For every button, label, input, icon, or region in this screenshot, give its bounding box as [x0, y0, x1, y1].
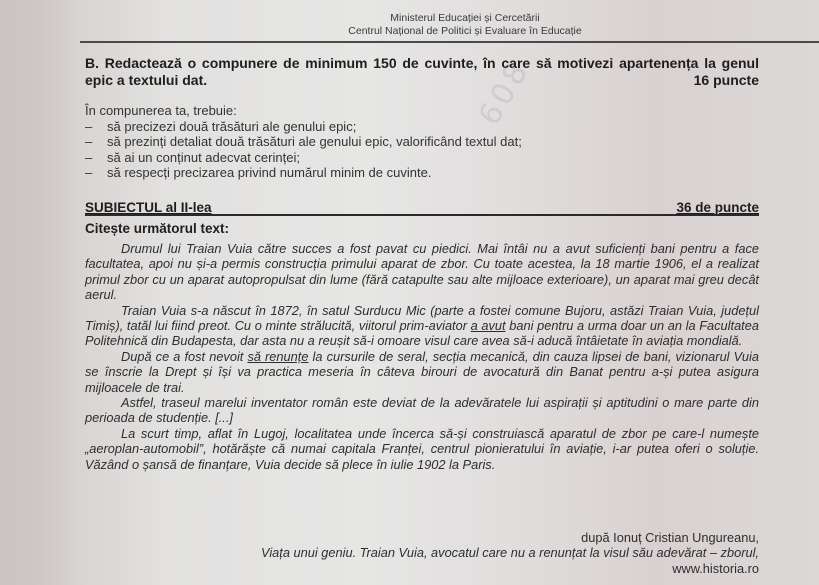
document-header: Ministerul Educației și Cercetării Centr… [80, 12, 819, 38]
paragraph-3: După ce a fost nevoit să renunțe la curs… [85, 349, 759, 395]
source-title: Viața unui geniu. Traian Vuia, avocatul … [139, 545, 759, 560]
paragraph-4: Astfel, traseul marelui inventator român… [85, 395, 759, 426]
center-name: Centrul Național de Politici și Evaluare… [80, 25, 819, 38]
instructions-intro: În compunerea ta, trebuie: [85, 103, 759, 119]
dash-icon: – [85, 150, 92, 166]
read-instruction: Citește următorul text: [85, 221, 229, 237]
ministry-name: Ministerul Educației și Cercetării [80, 12, 819, 25]
dash-icon: – [85, 119, 92, 135]
reading-text: Drumul lui Traian Vuia către succes a fo… [85, 241, 759, 472]
instructions: În compunerea ta, trebuie: –să precizezi… [85, 103, 759, 181]
paragraph-1: Drumul lui Traian Vuia către succes a fo… [85, 241, 759, 303]
source-citation: după Ionuț Cristian Ungureanu, Viața unu… [139, 530, 759, 576]
section-b-points: 16 puncte [694, 72, 759, 89]
source-author: după Ionuț Cristian Ungureanu, [139, 530, 759, 545]
subject-divider [85, 214, 759, 216]
page-shadow [0, 0, 80, 585]
underlined-phrase: a avut [471, 318, 506, 333]
paragraph-5: La scurt timp, aflat în Lugoj, localitat… [85, 426, 759, 472]
underlined-phrase: să renunțe [247, 349, 308, 364]
section-b-prompt: B. Redactează o compunere de minimum 150… [85, 55, 759, 88]
instruction-item: –să precizezi două trăsături ale genului… [85, 119, 759, 135]
instructions-list: –să precizezi două trăsături ale genului… [85, 119, 759, 181]
dash-icon: – [85, 134, 92, 150]
subject-title: SUBIECTUL al II-lea [85, 200, 212, 215]
header-divider [80, 41, 819, 43]
dash-icon: – [85, 165, 92, 181]
paragraph-2: Traian Vuia s-a născut în 1872, în satul… [85, 303, 759, 349]
section-b-task: B. Redactează o compunere de minimum 150… [85, 55, 759, 89]
source-website: www.historia.ro [139, 561, 759, 576]
instruction-item: –să ai un conținut adecvat cerinței; [85, 150, 759, 166]
instruction-item: –să respecți precizarea privind numărul … [85, 165, 759, 181]
instruction-item: –să prezinți detaliat două trăsături ale… [85, 134, 759, 150]
